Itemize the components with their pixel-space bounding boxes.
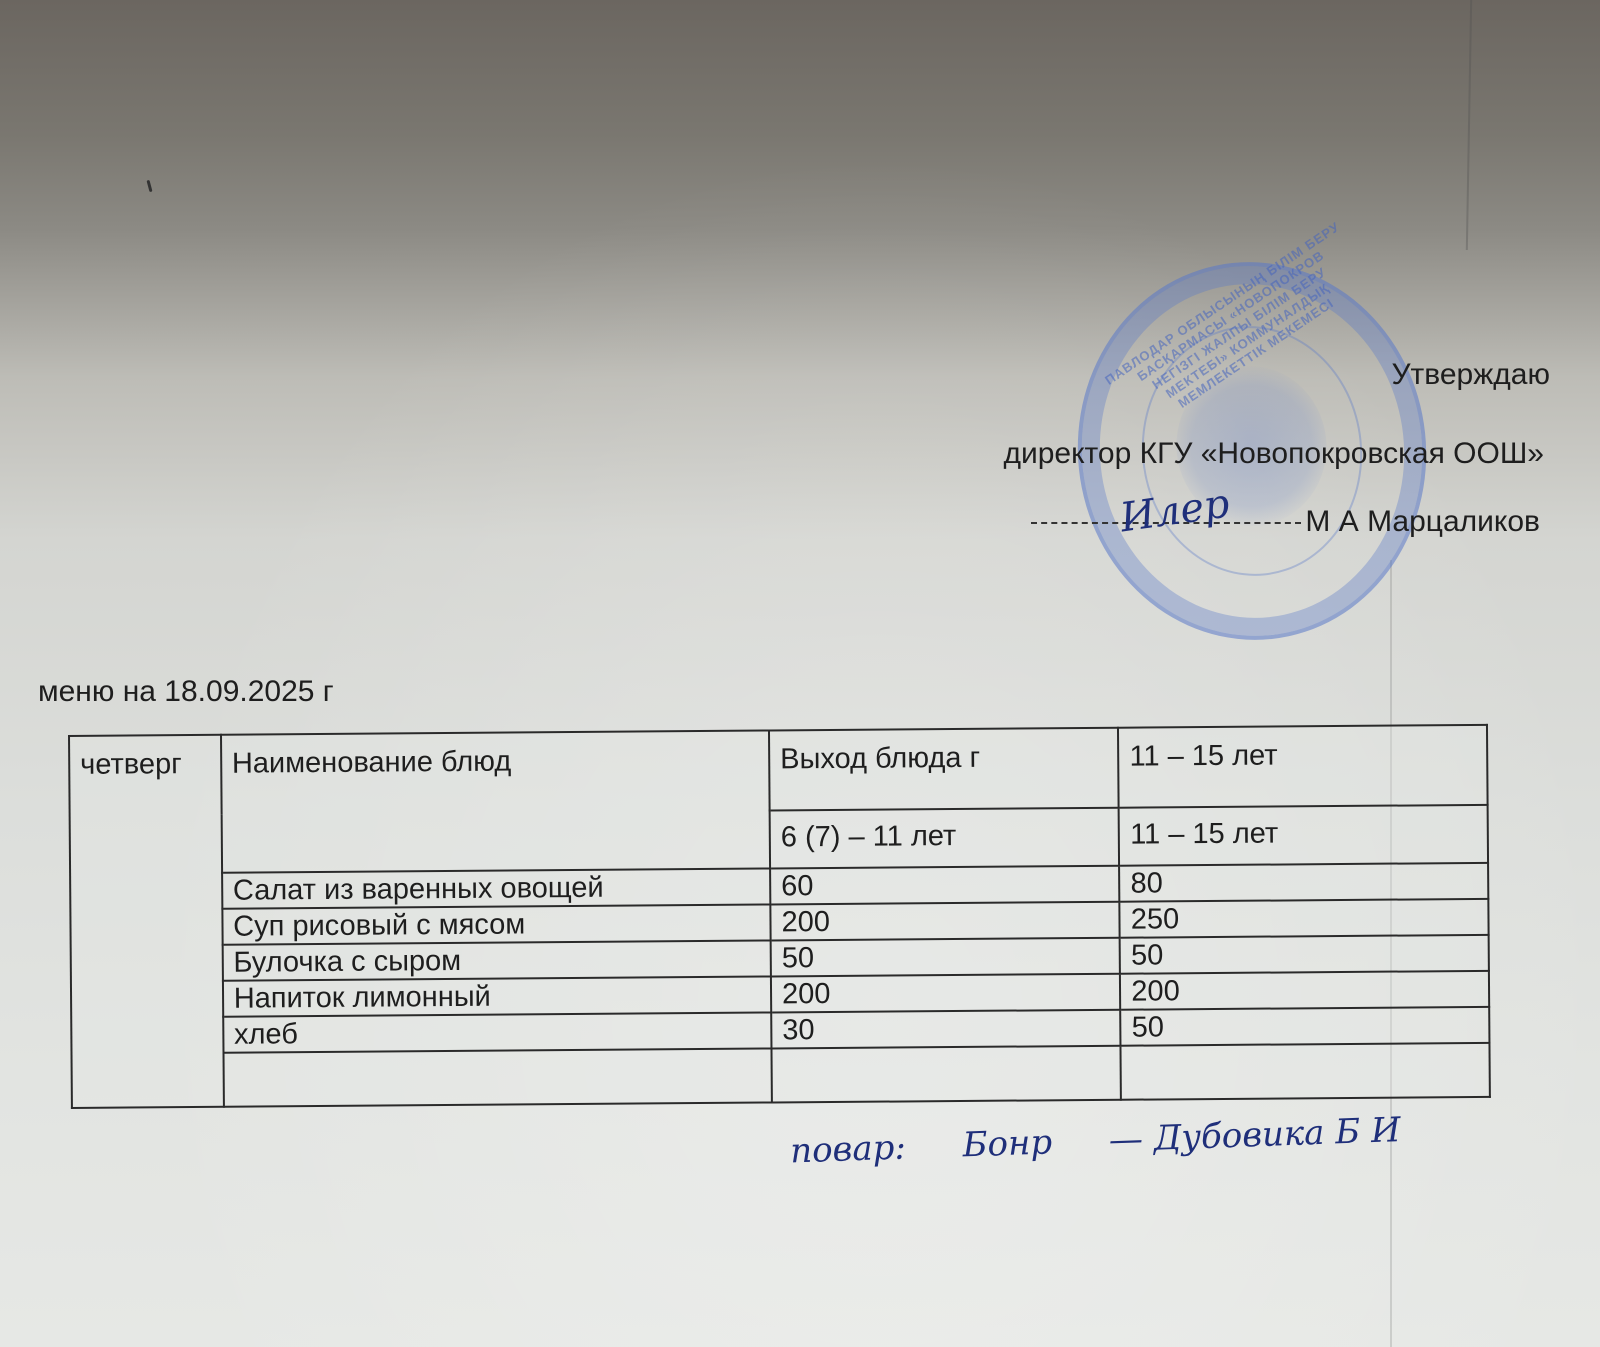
approval-signatory: М А Марцаликов [1305, 505, 1540, 538]
cook-label: повар: [790, 1127, 907, 1171]
portion-older: 250 [1120, 899, 1489, 938]
cook-name: — Дубовика Б И [1108, 1110, 1401, 1160]
approval-title: Утверждаю [1391, 358, 1550, 392]
portion-younger [771, 1046, 1121, 1103]
header-age-group-top: 11 – 15 лет [1118, 725, 1487, 808]
portion-older: 200 [1120, 971, 1489, 1010]
dish-name: Суп рисовый с мясом [222, 904, 771, 944]
cook-signature: Бонр [962, 1122, 1053, 1165]
portion-older [1121, 1043, 1490, 1100]
menu-table: четверг Наименование блюд Выход блюда г … [68, 724, 1491, 1109]
portion-younger: 50 [771, 938, 1121, 977]
portion-older: 50 [1121, 1007, 1490, 1046]
portion-older: 80 [1119, 863, 1488, 902]
dish-name: Салат из варенных овощей [222, 868, 771, 908]
day-cell: четверг [69, 735, 224, 1108]
approval-role: директор КГУ «Новопокровская ООШ» [1003, 437, 1544, 471]
header-portion-yield: Выход блюда г [769, 728, 1119, 811]
approval-signature-line: М А Марцаликов [1031, 505, 1540, 539]
header-age-older: 11 – 15 лет [1119, 805, 1488, 866]
dish-name: Напиток лимонный [223, 976, 772, 1016]
table-row-empty [72, 1043, 1490, 1108]
portion-younger: 30 [771, 1010, 1121, 1049]
portion-younger: 60 [770, 866, 1120, 905]
paper-crease [1466, 0, 1472, 250]
dish-name: хлеб [223, 1012, 772, 1052]
dish-name [223, 1048, 772, 1106]
header-age-younger: 6 (7) – 11 лет [770, 808, 1120, 869]
paper-speck [146, 180, 152, 192]
cook-signature-line: повар: Бонр — Дубовика Б И [790, 1109, 1448, 1172]
portion-younger: 200 [771, 974, 1121, 1013]
header-dish-name: Наименование блюд [221, 730, 770, 872]
portion-older: 50 [1120, 935, 1489, 974]
table-header-row: четверг Наименование блюд Выход блюда г … [69, 725, 1488, 816]
portion-younger: 200 [770, 902, 1120, 941]
menu-title: меню на 18.09.2025 г [38, 675, 334, 709]
dish-name: Булочка с сыром [222, 940, 771, 980]
